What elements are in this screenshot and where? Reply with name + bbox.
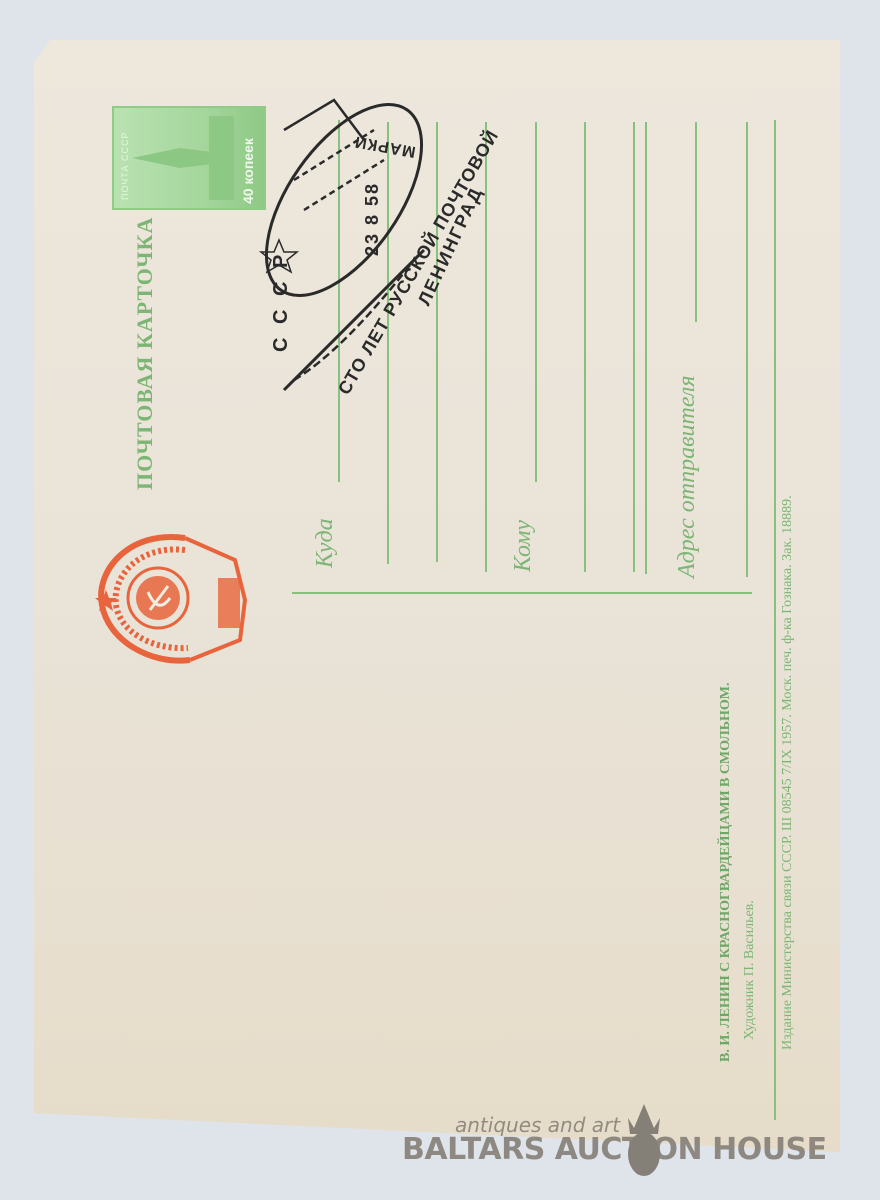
label-to-whom: Кому bbox=[510, 520, 537, 572]
label-sender-address: Адрес отправителя bbox=[674, 375, 701, 578]
postcard: ПОЧТА СССР 40 копеек ПОЧТОВАЯ КАРТОЧКА К… bbox=[34, 40, 840, 1152]
artist-credit: Художник П. Васильев. bbox=[742, 900, 758, 1040]
publisher-imprint: Издание Министерства связи СССР. Ш 08545… bbox=[780, 495, 796, 1050]
postmark-cccp: С С С Р bbox=[270, 251, 293, 352]
crown-logo-icon bbox=[624, 1100, 664, 1180]
ussr-coat-of-arms-icon bbox=[90, 520, 255, 670]
stamp-country-text: ПОЧТА СССР bbox=[120, 132, 130, 200]
watermark-brand: BALTARS AUCTION HOUSE bbox=[402, 1132, 827, 1167]
label-to-where: Куда bbox=[312, 518, 339, 568]
postcard-title: ПОЧТОВАЯ КАРТОЧКА bbox=[132, 217, 158, 490]
illustration-caption: В. И. ЛЕНИН С КРАСНОГВАРДЕЙЦАМИ В СМОЛЬН… bbox=[718, 682, 734, 1062]
postmark-date: 23 8 58 bbox=[362, 182, 383, 256]
